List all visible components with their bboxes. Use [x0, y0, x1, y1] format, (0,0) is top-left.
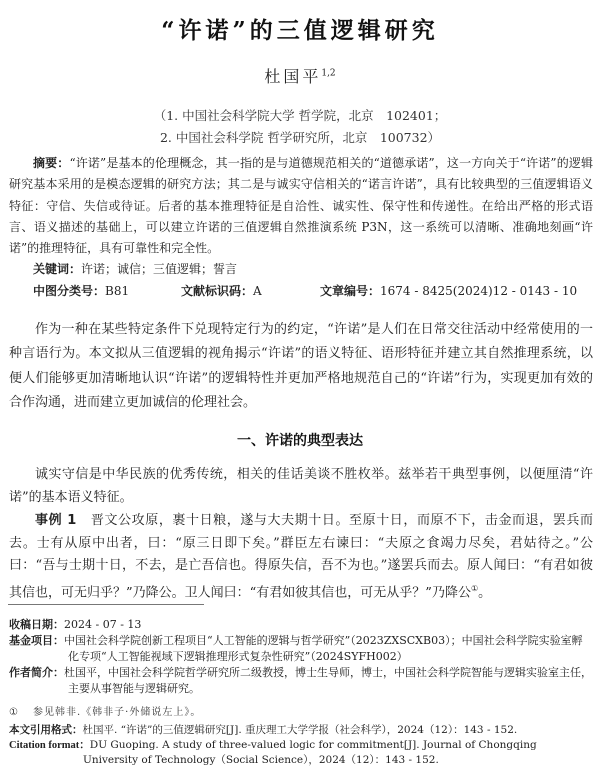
abstract: 摘要：“许诺”是基本的伦理概念，其一指的是与道德规范相关的“道德承诺”，这一方向…: [9, 153, 593, 259]
document-code-label: 文献标识码：: [181, 284, 253, 298]
section-paragraph: 诚实守信是中华民族的优秀传统，相关的佳话美谈不胜枚举。兹举若干典型事例，以便厘清…: [9, 463, 593, 509]
journal-page: “许诺”的三值逻辑研究 杜国平1,2 （1. 中国社会科学院大学 哲学院，北京 …: [0, 0, 600, 769]
section-heading: 一、许诺的典型表达: [0, 430, 600, 450]
received-value: 2024 - 07 - 13: [64, 618, 141, 631]
document-code-value: A: [253, 284, 262, 298]
affiliation-2: 2. 中国社会科学院 哲学研究所，北京 100732）: [0, 128, 600, 146]
clc-number: 中图分类号：B81: [33, 282, 129, 299]
example-label: 事例 1: [35, 513, 76, 528]
example-text: 晋文公攻原，裹十日粮，遂与大夫期十日。至原十日，而原不下，击金而退，罢兵而去。士…: [9, 513, 593, 600]
bio-value: 杜国平，中国社会科学院哲学研究所二级教授，博士生导师，博士，中国社会科学院智能与…: [64, 666, 592, 695]
footnote-divider: [8, 604, 204, 605]
received-date: 收稿日期：2024 - 07 - 13: [9, 617, 593, 633]
keywords: 关键词：许诺；诚信；三值逻辑；誓言: [33, 260, 237, 277]
funding-label: 基金项目：: [9, 634, 64, 647]
citation-en-value: DU Guoping. A study of three-valued logi…: [83, 739, 537, 766]
bio-label: 作者简介：: [9, 666, 64, 679]
article-number-value: 1674 - 8425(2024)12 - 0143 - 10: [380, 284, 577, 298]
author-name: 杜国平: [264, 67, 321, 86]
classification-row: 中图分类号：B81 文献标识码：A 文章编号：1674 - 8425(2024)…: [33, 282, 593, 300]
keywords-text: 许诺；诚信；三值逻辑；誓言: [81, 262, 237, 276]
received-label: 收稿日期：: [9, 618, 64, 631]
footnote-1: ①参见韩非.《韩非子·外储说左上》。: [9, 703, 201, 718]
citation-en-label: Citation format：: [9, 740, 90, 751]
author-affiliation-marks: 1,2: [321, 69, 335, 79]
author-bio: 作者简介：杜国平，中国社会科学院哲学研究所二级教授，博士生导师，博士，中国社会科…: [9, 665, 593, 696]
clc-value: B81: [105, 284, 129, 298]
article-title: “许诺”的三值逻辑研究: [0, 12, 600, 45]
intro-paragraph: 作为一种在某些特定条件下兑现特定行为的约定，“许诺”是人们在日常交往活动中经常使…: [9, 318, 593, 415]
affiliation-1: （1. 中国社会科学院大学 哲学院，北京 102401；: [0, 106, 600, 124]
document-code: 文献标识码：A: [181, 282, 262, 299]
citation-cn-label: 本文引用格式：: [9, 724, 83, 736]
abstract-text: “许诺”是基本的伦理概念，其一指的是与道德规范相关的“道德承诺”，这一方向关于“…: [9, 156, 593, 255]
citation-cn-value: 杜国平. “许诺”的三值逻辑研究[J]. 重庆理工大学学报（社会科学），2024…: [83, 724, 518, 736]
example-1: 事例 1晋文公攻原，裹十日粮，遂与大夫期十日。至原十日，而原不下，击金而退，罢兵…: [9, 510, 593, 604]
citation-chinese: 本文引用格式：杜国平. “许诺”的三值逻辑研究[J]. 重庆理工大学学报（社会科…: [9, 722, 593, 737]
funding: 基金项目：中国社会科学院创新工程项目“人工智能的逻辑与哲学研究”（2023ZXS…: [9, 633, 593, 664]
citation-english: Citation format：DU Guoping. A study of t…: [9, 738, 593, 768]
funding-value: 中国社会科学院创新工程项目“人工智能的逻辑与哲学研究”（2023ZXSCXB03…: [64, 634, 583, 663]
article-number-label: 文章编号：: [320, 284, 380, 298]
footnote-mark: ①: [9, 707, 19, 718]
example-end: 。: [478, 585, 491, 600]
author-line: 杜国平1,2: [0, 64, 600, 87]
abstract-label: 摘要：: [33, 156, 69, 170]
article-number: 文章编号：1674 - 8425(2024)12 - 0143 - 10: [320, 282, 577, 299]
keywords-label: 关键词：: [33, 262, 81, 276]
clc-label: 中图分类号：: [33, 284, 105, 298]
footnote-text: 参见韩非.《韩非子·外储说左上》。: [33, 707, 201, 718]
